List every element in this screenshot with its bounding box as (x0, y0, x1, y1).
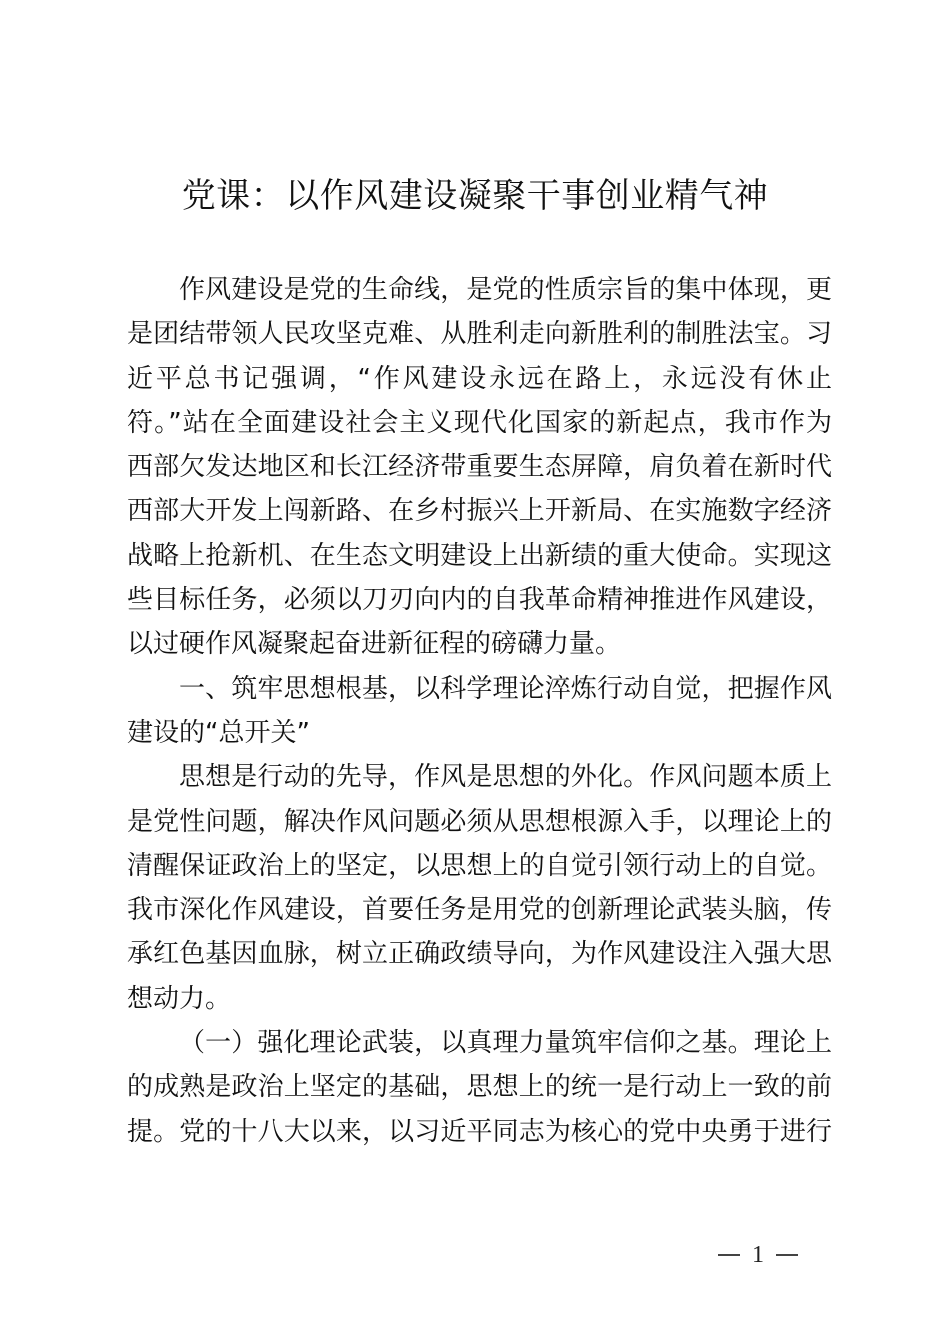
paragraph-line: 思想是行动的先导，作风是思想的外化。作风问题本质上 (127, 755, 832, 799)
paragraph-line: 近平总书记强调，“作风建设永远在路上，永远没有休止 (127, 357, 832, 401)
section-heading-line: 一、筑牢思想根基，以科学理论淬炼行动自觉，把握作风 (127, 667, 832, 711)
document-title: 党课：以作风建设凝聚干事创业精气神 (0, 170, 950, 222)
section-heading-line: 建设的“总开关” (127, 711, 832, 755)
paragraph-line: 的成熟是政治上坚定的基础，思想上的统一是行动上一致的前 (127, 1065, 832, 1109)
paragraph-line: 些目标任务，必须以刀刃向内的自我革命精神推进作风建设， (127, 578, 832, 622)
paragraph-line: 西部大开发上闯新路、在乡村振兴上开新局、在实施数字经济 (127, 489, 832, 533)
paragraph-line: 符。”站在全面建设社会主义现代化国家的新起点，我市作为 (127, 401, 832, 445)
document-body: 作风建设是党的生命线，是党的性质宗旨的集中体现，更 是团结带领人民攻坚克难、从胜… (127, 268, 832, 1154)
subsection-line: （一）强化理论武装，以真理力量筑牢信仰之基。理论上 (127, 1021, 832, 1065)
dash-left-decoration (718, 1254, 740, 1256)
document-page: 党课：以作风建设凝聚干事创业精气神 作风建设是党的生命线，是党的性质宗旨的集中体… (0, 0, 950, 1344)
paragraph-line: 提。党的十八大以来，以习近平同志为核心的党中央勇于进行 (127, 1110, 832, 1154)
paragraph-line: 西部欠发达地区和长江经济带重要生态屏障，肩负着在新时代 (127, 445, 832, 489)
paragraph-line: 作风建设是党的生命线，是党的性质宗旨的集中体现，更 (127, 268, 832, 312)
dash-right-decoration (776, 1254, 798, 1256)
paragraph-line: 是团结带领人民攻坚克难、从胜利走向新胜利的制胜法宝。习 (127, 312, 832, 356)
paragraph-line: 我市深化作风建设，首要任务是用党的创新理论武装头脑，传 (127, 888, 832, 932)
paragraph-line: 是党性问题，解决作风问题必须从思想根源入手，以理论上的 (127, 800, 832, 844)
paragraph-line: 清醒保证政治上的坚定，以思想上的自觉引领行动上的自觉。 (127, 844, 832, 888)
paragraph-line: 想动力。 (127, 977, 832, 1021)
paragraph-line: 战略上抢新机、在生态文明建设上出新绩的重大使命。实现这 (127, 534, 832, 578)
page-number-value: 1 (752, 1240, 764, 1270)
paragraph-line: 以过硬作风凝聚起奋进新征程的磅礴力量。 (127, 622, 832, 666)
page-number: 1 (718, 1240, 798, 1270)
paragraph-line: 承红色基因血脉，树立正确政绩导向，为作风建设注入强大思 (127, 932, 832, 976)
